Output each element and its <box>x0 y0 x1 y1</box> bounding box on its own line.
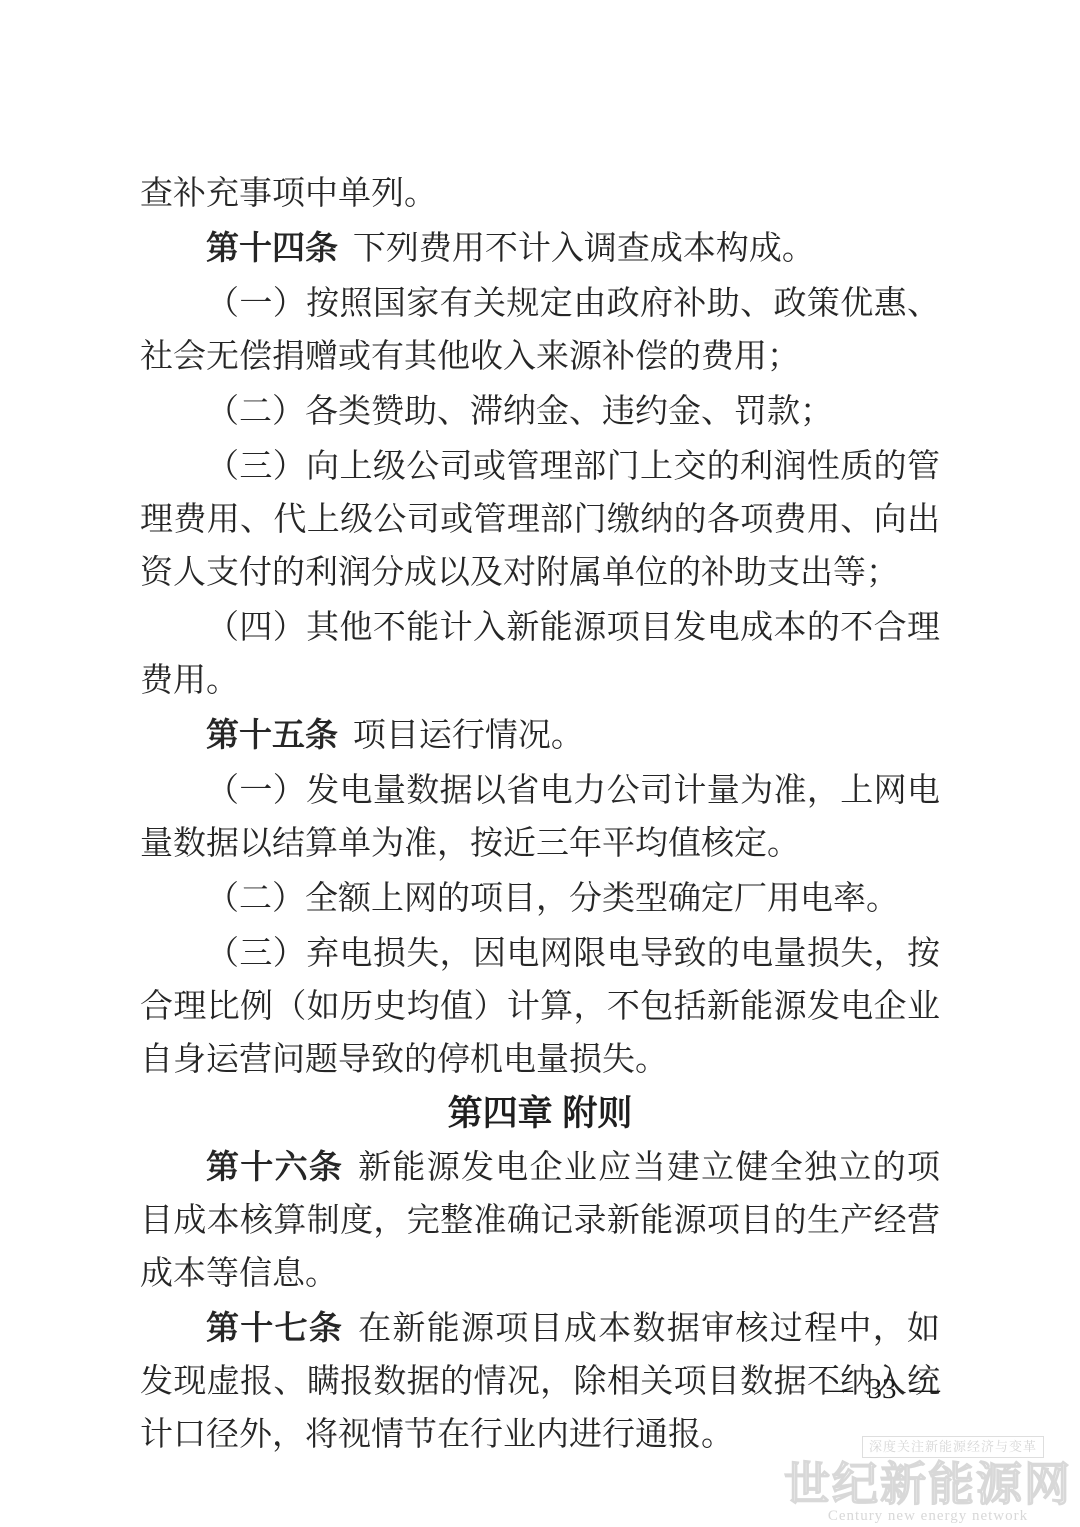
body-paragraph: （二）全额上网的项目，分类型确定厂用电率。 <box>140 871 940 926</box>
body-paragraph: （一）发电量数据以省电力公司计量为准，上网电量数据以结算单为准，按近三年平均值核… <box>140 763 940 871</box>
body-paragraph: （四）其他不能计入新能源项目发电成本的不合理费用。 <box>140 600 940 708</box>
watermark-english-subtitle: Century new energy network <box>828 1508 1028 1525</box>
paragraph-text: （三）弃电损失，因电网限电导致的电量损失，按合理比例（如历史均值）计算，不包括新… <box>140 936 940 1078</box>
paragraph-text: （四）其他不能计入新能源项目发电成本的不合理费用。 <box>140 610 940 699</box>
article-number-lead: 第十六条 <box>206 1148 343 1185</box>
body-paragraph: 第十七条在新能源项目成本数据审核过程中，如发现虚报、瞒报数据的情况，除相关项目数… <box>140 1301 940 1462</box>
paragraph-text: （一）发电量数据以省电力公司计量为准，上网电量数据以结算单为准，按近三年平均值核… <box>140 773 940 862</box>
body-paragraph: 查补充事项中单列。 <box>140 166 940 221</box>
paragraph-text: （二）各类赞助、滞纳金、违约金、罚款； <box>206 394 833 430</box>
document-body: 查补充事项中单列。 第十四条下列费用不计入调查成本构成。 （一）按照国家有关规定… <box>140 166 940 1462</box>
body-paragraph: （三）弃电损失，因电网限电导致的电量损失，按合理比例（如历史均值）计算，不包括新… <box>140 926 940 1087</box>
page-number: — 33 — <box>824 1372 940 1406</box>
document-page: 查补充事项中单列。 第十四条下列费用不计入调查成本构成。 （一）按照国家有关规定… <box>0 0 1080 1527</box>
body-paragraph: （二）各类赞助、滞纳金、违约金、罚款； <box>140 384 940 439</box>
article-number-lead: 第十七条 <box>206 1309 343 1346</box>
watermark-brand-logo: 世纪新能源网 <box>784 1460 1072 1508</box>
body-paragraph: 第十五条项目运行情况。 <box>140 708 940 763</box>
paragraph-text: （三）向上级公司或管理部门上交的利润性质的管理费用、代上级公司或管理部门缴纳的各… <box>140 449 940 591</box>
chapter-heading: 第四章 附则 <box>140 1087 940 1140</box>
body-paragraph: 第十六条新能源发电企业应当建立健全独立的项目成本核算制度，完整准确记录新能源项目… <box>140 1140 940 1301</box>
article-number-lead: 第十五条 <box>206 716 338 753</box>
paragraph-text: 下列费用不计入调查成本构成。 <box>353 231 815 267</box>
paragraph-text: 查补充事项中单列。 <box>140 176 437 212</box>
paragraph-text: （二）全额上网的项目，分类型确定厂用电率。 <box>206 881 899 917</box>
paragraph-text: 项目运行情况。 <box>353 718 584 754</box>
paragraph-text: （一）按照国家有关规定由政府补助、政策优惠、社会无偿捐赠或有其他收入来源补偿的费… <box>140 286 940 375</box>
body-paragraph: 第十四条下列费用不计入调查成本构成。 <box>140 221 940 276</box>
article-number-lead: 第十四条 <box>206 229 338 266</box>
body-paragraph: （三）向上级公司或管理部门上交的利润性质的管理费用、代上级公司或管理部门缴纳的各… <box>140 439 940 600</box>
body-paragraph: （一）按照国家有关规定由政府补助、政策优惠、社会无偿捐赠或有其他收入来源补偿的费… <box>140 276 940 384</box>
